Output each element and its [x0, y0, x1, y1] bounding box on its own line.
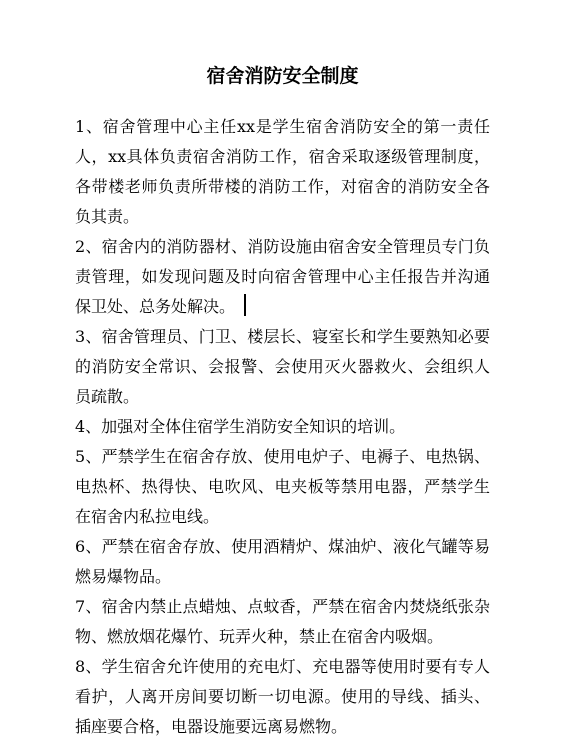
- paragraph-4-text[interactable]: 4、加强对全体住宿学生消防安全知识的培训。: [75, 417, 405, 436]
- paragraph-1-text[interactable]: 1、宿舍管理中心主任xx是学生宿舍消防安全的第一责任人，xx具体负责宿舍消防工作…: [75, 117, 490, 226]
- paragraph-5-text[interactable]: 5、严禁学生在宿舍存放、使用电炉子、电褥子、电热锅、电热杯、热得快、电吹风、电夹…: [75, 447, 490, 526]
- paragraph-4[interactable]: 4、加强对全体住宿学生消防安全知识的培训。: [75, 412, 490, 442]
- paragraph-8-text[interactable]: 8、学生宿舍允许使用的充电灯、充电器等使用时要有专人看护，人离开房间要切断一切电…: [75, 657, 490, 736]
- paragraph-7[interactable]: 7、宿舍内禁止点蜡烛、点蚊香，严禁在宿舍内焚烧纸张杂物、燃放烟花爆竹、玩弄火种，…: [75, 592, 490, 652]
- paragraph-1[interactable]: 1、宿舍管理中心主任xx是学生宿舍消防安全的第一责任人，xx具体负责宿舍消防工作…: [75, 112, 490, 232]
- paragraph-3[interactable]: 3、宿舍管理员、门卫、楼层长、寝室长和学生要熟知必要的消防安全常识、会报警、会使…: [75, 322, 490, 412]
- paragraph-6[interactable]: 6、严禁在宿舍存放、使用酒精炉、煤油炉、液化气罐等易燃易爆物品。: [75, 532, 490, 592]
- document-body: 1、宿舍管理中心主任xx是学生宿舍消防安全的第一责任人，xx具体负责宿舍消防工作…: [75, 112, 490, 742]
- paragraph-2-text[interactable]: 2、宿舍内的消防器材、消防设施由宿舍安全管理员专门负责管理，如发现问题及时向宿舍…: [75, 237, 490, 316]
- paragraph-5[interactable]: 5、严禁学生在宿舍存放、使用电炉子、电褥子、电热锅、电热杯、热得快、电吹风、电夹…: [75, 442, 490, 532]
- document-title[interactable]: 宿舍消防安全制度: [75, 62, 490, 90]
- text-cursor: [244, 294, 246, 316]
- document-page: 宿舍消防安全制度 1、宿舍管理中心主任xx是学生宿舍消防安全的第一责任人，xx具…: [0, 0, 562, 750]
- paragraph-6-text[interactable]: 6、严禁在宿舍存放、使用酒精炉、煤油炉、液化气罐等易燃易爆物品。: [75, 537, 490, 586]
- paragraph-8[interactable]: 8、学生宿舍允许使用的充电灯、充电器等使用时要有专人看护，人离开房间要切断一切电…: [75, 652, 490, 742]
- paragraph-7-text[interactable]: 7、宿舍内禁止点蜡烛、点蚊香，严禁在宿舍内焚烧纸张杂物、燃放烟花爆竹、玩弄火种，…: [75, 597, 490, 646]
- paragraph-2[interactable]: 2、宿舍内的消防器材、消防设施由宿舍安全管理员专门负责管理，如发现问题及时向宿舍…: [75, 232, 490, 322]
- paragraph-3-text[interactable]: 3、宿舍管理员、门卫、楼层长、寝室长和学生要熟知必要的消防安全常识、会报警、会使…: [75, 327, 490, 406]
